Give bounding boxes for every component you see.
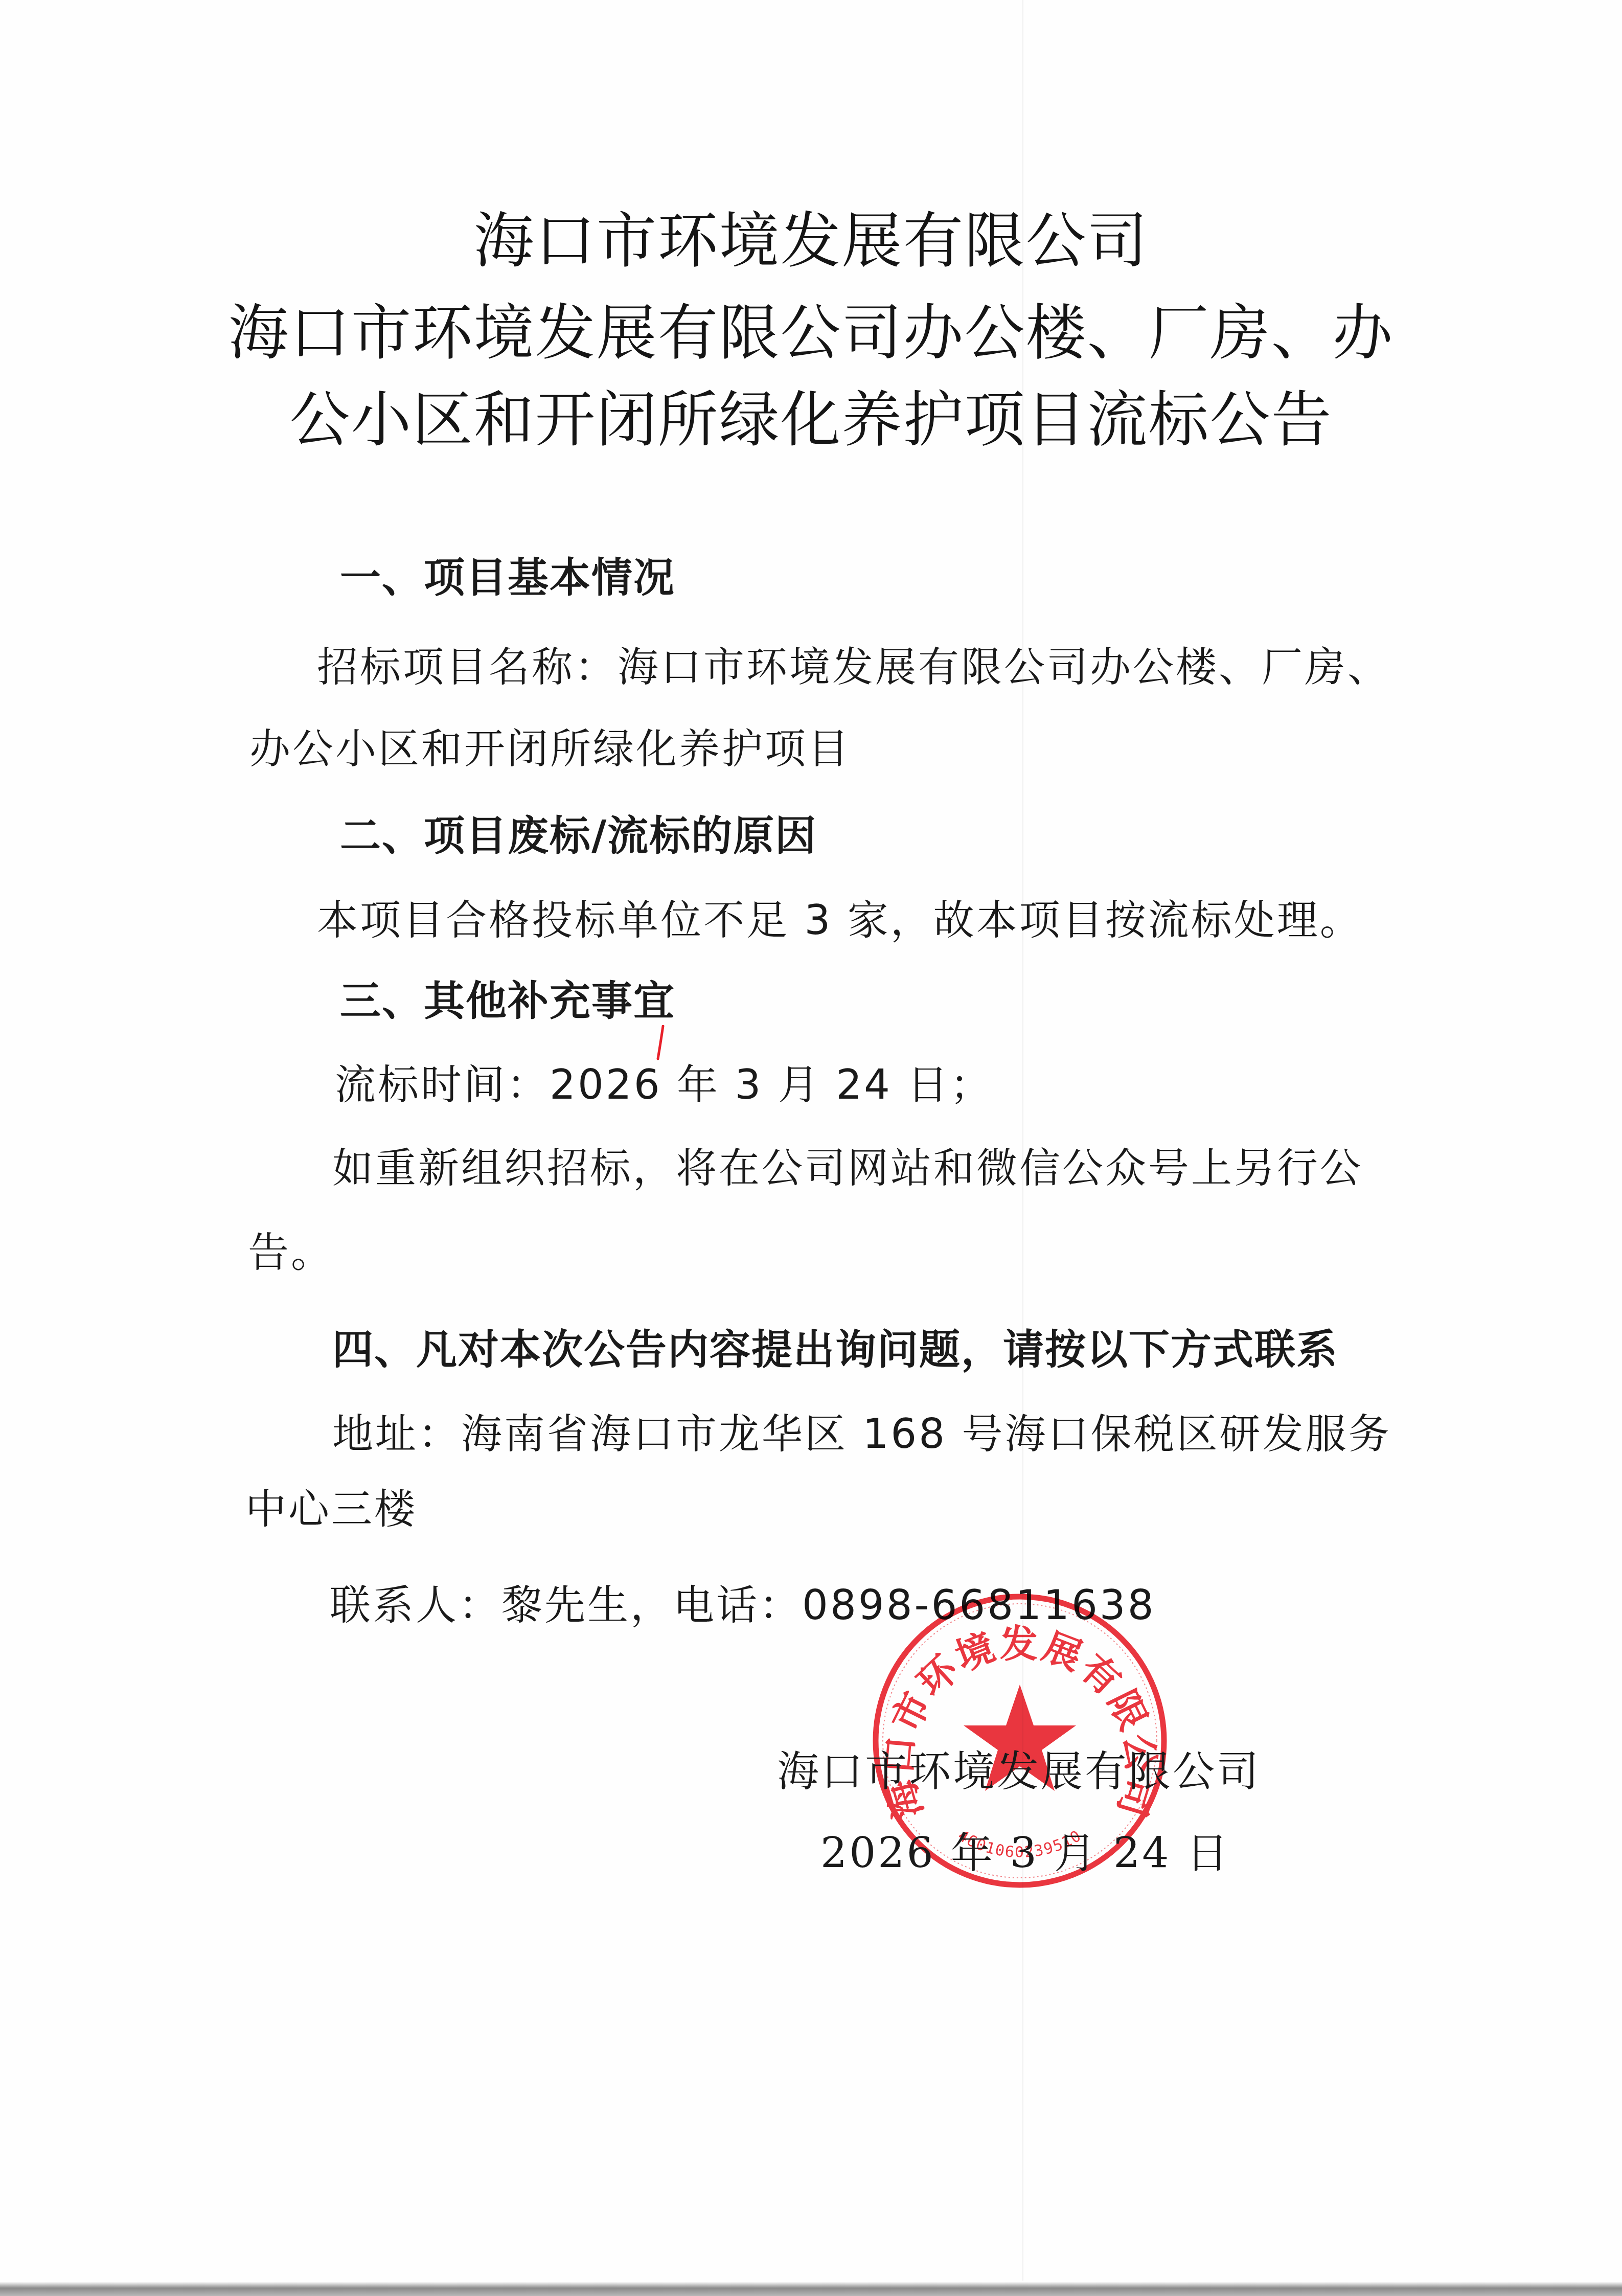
section-4-line-2: 中心三楼 [245, 1489, 417, 1530]
section-2-heading: 二、项目废标/流标的原因 [340, 815, 817, 856]
section-1-line-2: 办公小区和开闭所绿化养护项目 [249, 729, 851, 769]
section-3-line-3: 告。 [248, 1232, 334, 1273]
signature-date: 2026 年 3 月 24 日 [820, 1833, 1230, 1875]
red-ink-mark [656, 1025, 666, 1061]
section-4-line-1: 地址：海南省海口市龙华区 168 号海口保税区研发服务 [332, 1414, 1391, 1454]
section-4-heading: 四、凡对本次公告内容提出询问题，请按以下方式联系 [332, 1329, 1338, 1370]
section-1-line-1: 招标项目名称：海口市环境发展有限公司办公楼、厂房、 [317, 647, 1390, 688]
scan-bottom-edge [0, 2282, 1622, 2296]
title-line-2: 海口市环境发展有限公司办公楼、厂房、办 [0, 303, 1622, 363]
section-3-line-1: 流标时间：2026 年 3 月 24 日； [335, 1064, 993, 1105]
section-2-line-1: 本项目合格投标单位不足 3 家，故本项目按流标处理。 [317, 900, 1363, 941]
section-3-heading: 三、其他补充事宜 [340, 981, 675, 1021]
signature-company: 海口市环境发展有限公司 [777, 1751, 1261, 1793]
section-3-line-2: 如重新组织招标，将在公司网站和微信公众号上另行公 [332, 1148, 1363, 1189]
section-1-heading: 一、项目基本情况 [340, 557, 675, 598]
title-company: 海口市环境发展有限公司 [0, 211, 1622, 271]
title-line-3: 公小区和开闭所绿化养护项目流标公告 [0, 390, 1622, 450]
document-page: 海口市环境发展有限公司 海口市环境发展有限公司办公楼、厂房、办 公小区和开闭所绿… [0, 0, 1622, 2296]
